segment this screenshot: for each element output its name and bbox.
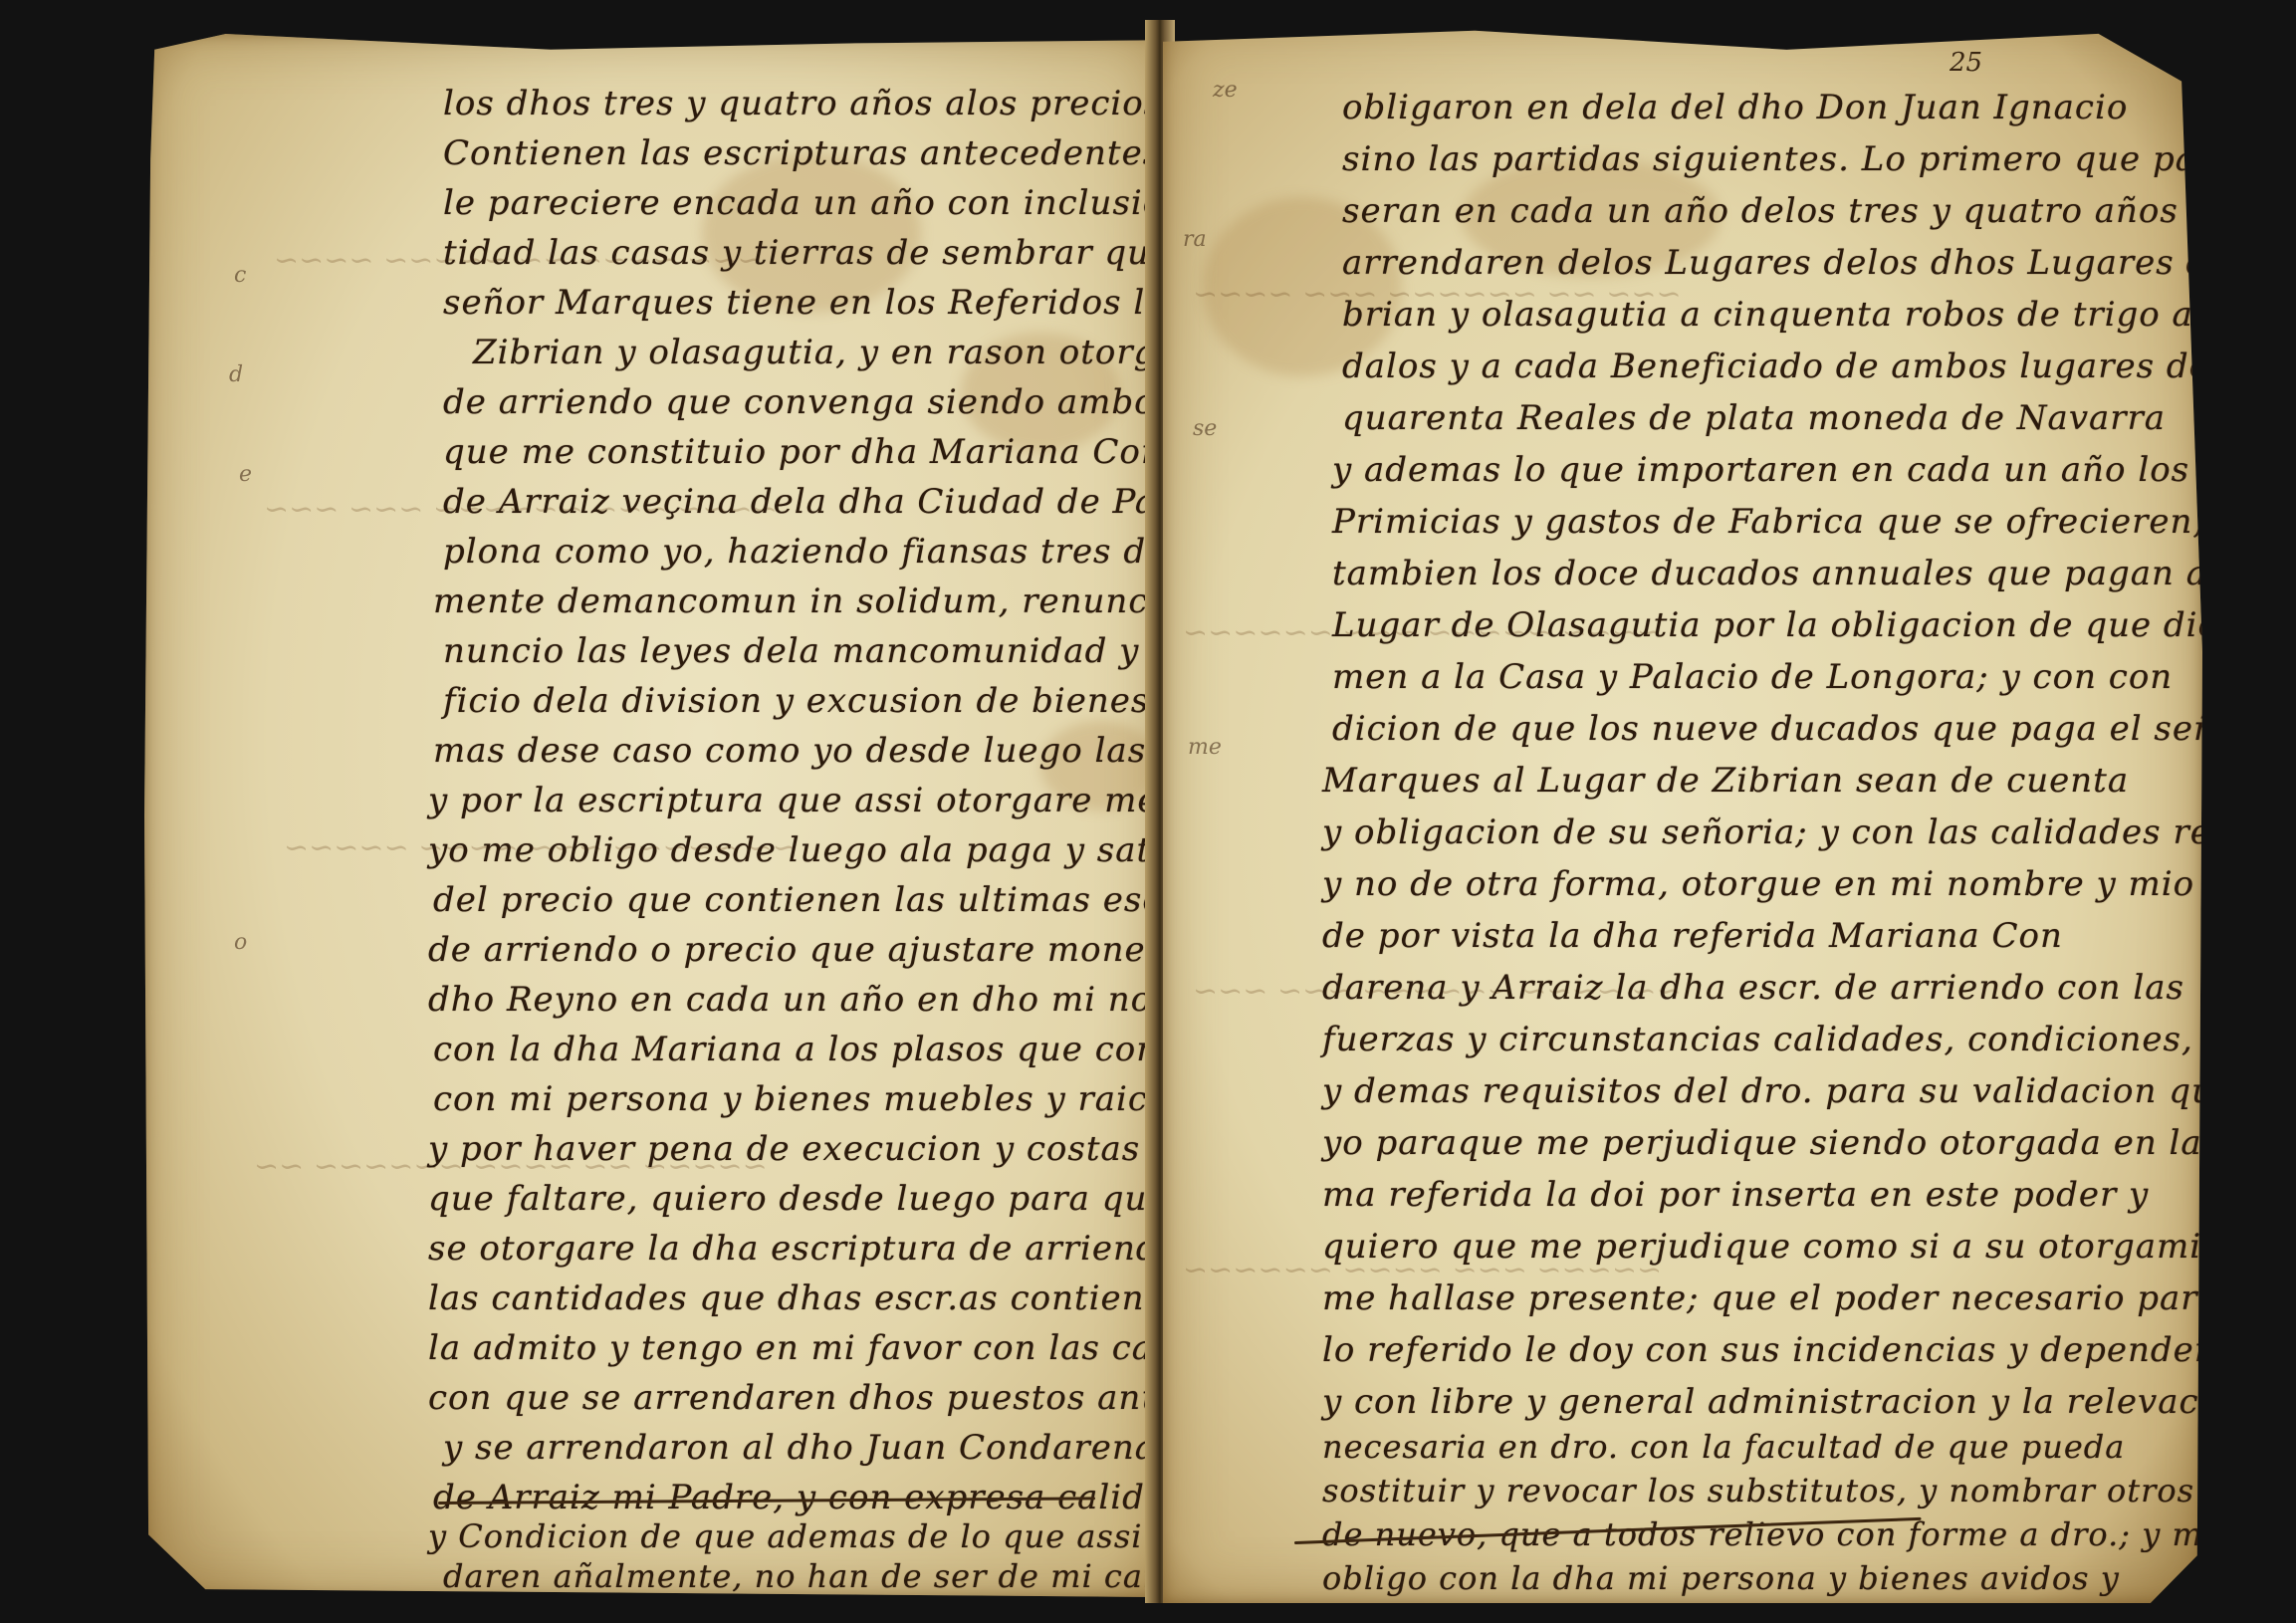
text-line: me hallase presente; que el poder necesa… [1322, 1278, 2202, 1318]
text-line: dho Reyno en cada un año en dho mi nombr… [428, 980, 1160, 1020]
text-line: Lugar de Olasagutia por la obligacion de… [1332, 605, 2202, 645]
text-line: Marques al Lugar de Zibrian sean de cuen… [1322, 761, 2129, 801]
text-line: plona como yo, haziendo fiansas tres din… [443, 532, 1160, 572]
text-line: se otorgare la dha escriptura de arriend… [428, 1229, 1160, 1269]
margin-note: ze [1213, 78, 1238, 103]
margin-note: c [234, 263, 246, 288]
text-line: quiero que me perjudique como si a su ot… [1322, 1227, 2202, 1267]
text-line: y con libre y general administracion y l… [1322, 1382, 2202, 1422]
text-line: ficio dela division y excusion de bienes… [443, 681, 1160, 721]
text-line: daren añalmente, no han de ser de mi car… [443, 1557, 1160, 1595]
text-line: de arriendo o precio que ajustare moneda… [428, 930, 1160, 970]
text-line: fuerzas y circunstancias calidades, cond… [1322, 1020, 2202, 1059]
text-line: dalos y a cada Beneficiado de ambos luga… [1342, 347, 2202, 386]
text-line: señor Marques tiene en los Referidos lug… [443, 283, 1160, 323]
text-line: y demas requisitos del dro. para su vali… [1322, 1071, 2202, 1111]
text-line: Zibrian y olasagutia, y en rason otorgue… [473, 333, 1160, 372]
text-line: Primicias y gastos de Fabrica que se ofr… [1332, 502, 2202, 542]
text-line: obligo con la dha mi persona y bienes av… [1322, 1559, 2120, 1597]
text-line: y ademas lo que importaren en cada un añ… [1332, 450, 2202, 490]
text-line: Contienen las escripturas antecedentes o… [443, 133, 1160, 173]
text-line: mente demancomun in solidum, renunciando… [433, 581, 1160, 621]
text-line: y Condicion de que ademas de lo que assi… [428, 1517, 1160, 1555]
text-line: obligaron en dela del dho Don Juan Ignac… [1342, 88, 2128, 127]
margin-note: o [234, 930, 247, 955]
manuscript-spread: ~~~ ~~~~ ~~ ~~~~~ ~~~~ ~~~~ ~~~ ~~~~~~ ~… [0, 0, 2296, 1623]
folio-number: 25 [1950, 48, 1982, 78]
text-line: arrendaren delos Lugares delos dhos Luga… [1342, 243, 2202, 283]
text-line: brian y olasagutia a cinquenta robos de … [1342, 295, 2202, 335]
text-line: yo me obligo desde luego ala paga y sati… [428, 830, 1160, 870]
margin-note: me [1188, 735, 1222, 760]
text-line: y no de otra forma, otorgue en mi nombre… [1322, 864, 2202, 904]
text-line: darena y Arraiz la dha escr. de arriendo… [1322, 968, 2184, 1008]
text-line: las cantidades que dhas escr.as contiene… [428, 1278, 1160, 1318]
text-line: de Arraiz veçina dela dha Ciudad de Pam- [443, 482, 1160, 522]
text-line: yo paraque me perjudique siendo otorgada… [1322, 1123, 2202, 1163]
text-line: seran en cada un año delos tres y quatro… [1342, 191, 2202, 231]
text-line: sino las partidas siguientes. Lo primero… [1342, 139, 2202, 179]
text-line: con mi persona y bienes muebles y raices… [433, 1079, 1160, 1119]
text-line: que faltare, quiero desde luego para qua… [428, 1179, 1160, 1219]
text-line: necesaria en dro. con la facultad de que… [1322, 1428, 2125, 1466]
text-line: y por la escriptura que assi otorgare me… [428, 781, 1160, 820]
text-line: quarenta Reales de plata moneda de Navar… [1342, 398, 2166, 438]
text-line: men a la Casa y Palacio de Longora; y co… [1332, 657, 2173, 697]
margin-note: ra [1183, 227, 1207, 252]
text-line: ma referida la doi por inserta en este p… [1322, 1175, 2149, 1215]
text-line: y por haver pena de execucion y costas d… [428, 1129, 1160, 1169]
text-line: la admito y tengo en mi favor con las ca… [428, 1328, 1160, 1368]
text-line: los dhos tres y quatro años alos precios… [443, 84, 1160, 123]
text-line: nuncio las leyes dela mancomunidad y el … [443, 631, 1160, 671]
text-line: de por vista la dha referida Mariana Con [1322, 916, 2063, 956]
right-page: ~~~ ~~ ~~~~~~ ~~~ ~~~~ ~~~~ ~~~~~ ~~~ ~~… [1163, 18, 2202, 1603]
text-line: del precio que contienen las ultimas esc… [433, 880, 1160, 920]
left-page: ~~~ ~~~~ ~~ ~~~~~ ~~~~ ~~~~ ~~~ ~~~~~~ ~… [144, 34, 1160, 1597]
margin-note: d [229, 362, 243, 387]
text-line: sostituir y revocar los substitutos, y n… [1322, 1472, 2194, 1509]
text-line: con la dha Mariana a los plasos que cont… [433, 1030, 1160, 1069]
text-line: lo referido le doy con sus incidencias y… [1322, 1330, 2202, 1370]
text-line: con que se arrendaren dhos puestos anual… [428, 1378, 1160, 1418]
text-line: tidad las casas y tierras de sembrar que… [443, 233, 1160, 273]
text-line: le pareciere encada un año con inclusion… [443, 183, 1160, 223]
text-line: tambien los doce ducados annuales que pa… [1332, 554, 2202, 593]
text-line: mas dese caso como yo desde luego las re… [433, 731, 1160, 771]
text-line: de arriendo que convenga siendo ambos pr… [443, 382, 1160, 422]
margin-note: e [239, 462, 252, 487]
text-line: y obligacion de su señoria; y con las ca… [1322, 812, 2202, 852]
text-line: dicion de que los nueve ducados que paga… [1332, 709, 2202, 749]
text-line: y se arrendaron al dho Juan Condarena [443, 1428, 1156, 1468]
margin-note: se [1193, 416, 1217, 441]
text-line: que me constituio por dha Mariana Condar… [443, 432, 1160, 472]
